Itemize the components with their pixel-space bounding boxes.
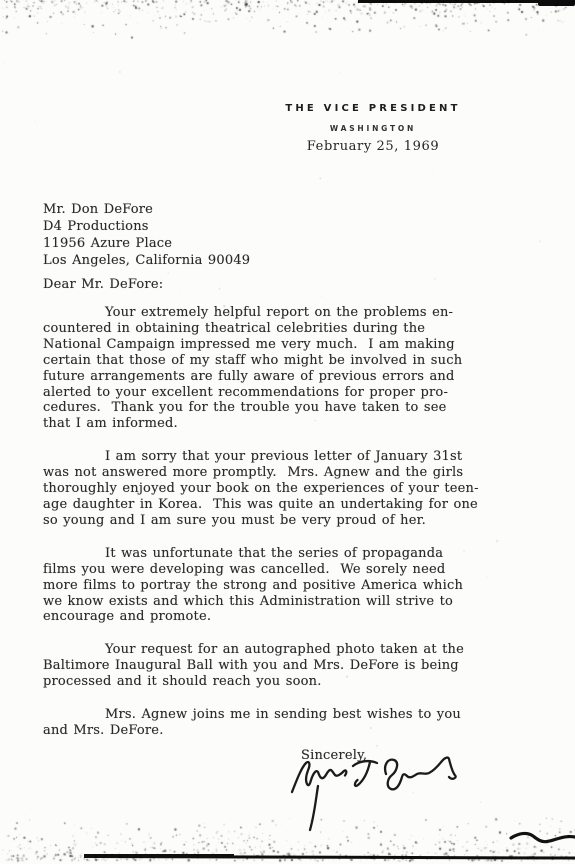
paragraph-2: I am sorry that your previous letter of …	[43, 449, 535, 529]
letter-body: Your extremely helpful report on the pro…	[43, 305, 535, 756]
letterhead: THE VICE PRESIDENT WASHINGTON February 2…	[282, 103, 464, 154]
scan-mark-bottom-line-thick	[84, 854, 234, 858]
handwritten-signature-icon	[270, 756, 470, 838]
paragraph-1: Your extremely helpful report on the pro…	[43, 305, 535, 432]
scanned-letter-page: THE VICE PRESIDENT WASHINGTON February 2…	[0, 0, 575, 864]
scan-mark-squiggle	[505, 828, 575, 846]
salutation: Dear Mr. DeFore:	[43, 276, 163, 293]
paragraph-5: Mrs. Agnew joins me in sending best wish…	[43, 707, 535, 739]
letterhead-date: February 25, 1969	[282, 139, 464, 154]
letterhead-subtitle: WASHINGTON	[282, 124, 464, 133]
letterhead-title: THE VICE PRESIDENT	[282, 103, 464, 114]
recipient-address: Mr. Don DeFore D4 Productions 11956 Azur…	[43, 201, 250, 269]
paragraph-3: It was unfortunate that the series of pr…	[43, 546, 535, 626]
paragraph-4: Your request for an autographed photo ta…	[43, 642, 535, 690]
scan-mark-top-corner	[538, 0, 575, 6]
